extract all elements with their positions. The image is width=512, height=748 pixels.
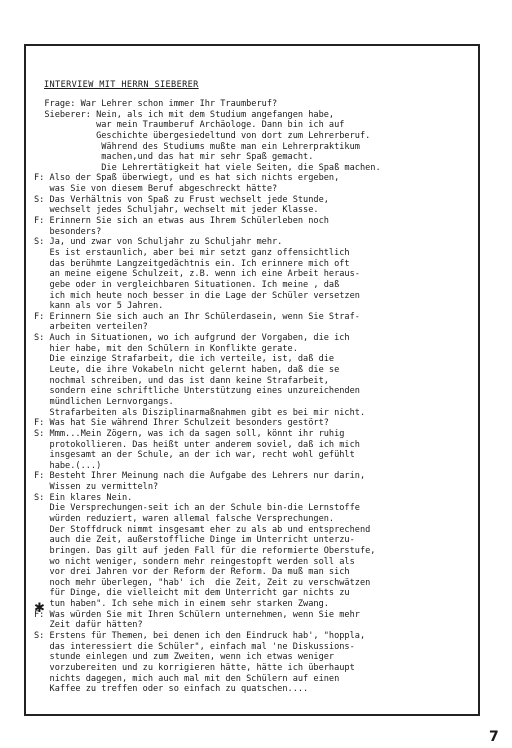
text-line: Kaffee zu treffen oder so einfach zu qua… <box>34 684 479 695</box>
text-line: Die Lehrertätigkeit hat viele Seiten, di… <box>34 163 479 174</box>
text-line: war mein Traumberuf Archäologe. Dann bin… <box>34 120 479 131</box>
text-line: hier habe, mit den Schülern in Konflikte… <box>34 344 479 355</box>
page-number: 7 <box>489 729 499 745</box>
text-line: stunde einlegen und zum Zweiten, wenn ic… <box>34 652 479 663</box>
text-line: S: Auch in Situationen, wo ich aufgrund … <box>34 333 479 344</box>
text-line: S: Mmm...Mein Zögern, was ich da sagen s… <box>34 429 479 440</box>
text-line: nichts dagegen, mich auch mal mit den Sc… <box>34 674 479 685</box>
text-line: protokollieren. Das heißt unter anderem … <box>34 440 479 451</box>
text-line: das berühmte Langzeitgedächtnis ein. Ich… <box>34 259 479 270</box>
text-line: F: Besteht Ihrer Meinung nach die Aufgab… <box>34 471 479 482</box>
text-line: wo nicht weniger, sondern mehr reingesto… <box>34 557 479 568</box>
text-line: Sieberer: Nein, als ich mit dem Studium … <box>34 110 479 121</box>
text-line: an meine eigene Schulzeit, z.B. wenn ich… <box>34 269 479 280</box>
text-line: S: Ja, und zwar von Schuljahr zu Schulja… <box>34 237 479 248</box>
text-line: das interessiert die Schüler", einfach m… <box>34 642 479 653</box>
text-line: Der Stoffdruck nimmt insgesamt eher zu a… <box>34 525 479 536</box>
text-line: Wissen zu vermitteln? <box>34 482 479 493</box>
text-line: wechselt jedes Schuljahr, wechselt mit j… <box>34 205 479 216</box>
text-line: vorzubereiten und zu korrigieren hätte, … <box>34 663 479 674</box>
text-line: insgesamt an der Schule, an der ich war,… <box>34 450 479 461</box>
text-line: sondern eine schriftliche Unterstützung … <box>34 386 479 397</box>
text-line: F: Erinnern Sie sich an etwas aus Ihrem … <box>34 216 479 227</box>
text-line: Es ist erstaunlich, aber bei mir setzt g… <box>34 248 479 259</box>
text-line: F: Erinnern Sie sich auch an Ihr Schüler… <box>34 312 479 323</box>
text-line: S: Erstens für Themen, bei denen ich den… <box>34 631 479 642</box>
text-line: gebe oder in vergleichbaren Situationen.… <box>34 280 479 291</box>
text-line: S: Das Verhältnis von Spaß zu Frust wech… <box>34 195 479 206</box>
text-line: noch mehr überlegen, "hab' ich die Zeit,… <box>34 578 479 589</box>
text-line: habe.(...) <box>34 461 479 472</box>
text-line: besonders? <box>34 227 479 238</box>
text-line: F: Was würden Sie mit Ihren Schülern unt… <box>34 610 479 621</box>
text-line: F: Was hat Sie während Ihrer Schulzeit b… <box>34 418 479 429</box>
text-line: arbeiten verteilen? <box>34 322 479 333</box>
text-line: kann als vor 5 Jahren. <box>34 301 479 312</box>
text-line: bringen. Das gilt auf jeden Fall für die… <box>34 546 479 557</box>
text-line: F: Also der Spaß überwiegt, und es hat s… <box>34 173 479 184</box>
text-line: Zeit dafür hätten? <box>34 620 479 631</box>
text-line: Leute, die ihre Vokabeln nicht gelernt h… <box>34 365 479 376</box>
text-line: Die einzige Strafarbeit, die ich verteil… <box>34 354 479 365</box>
text-line: Strafarbeiten als Disziplinarmaßnahmen g… <box>34 408 479 419</box>
text-line: S: Ein klares Nein. <box>34 493 479 504</box>
text-line: auch die Zeit, außerstoffliche Dinge im … <box>34 535 479 546</box>
interview-text: Frage: War Lehrer schon immer Ihr Traumb… <box>34 99 479 695</box>
text-line: ich mich heute noch besser in die Lage d… <box>34 291 479 302</box>
text-line: vor drei Jahren vor der Reform der Refor… <box>34 567 479 578</box>
interview-title: INTERVIEW MIT HERRN SIEBERER <box>44 80 199 90</box>
text-line: Frage: War Lehrer schon immer Ihr Traumb… <box>34 99 479 110</box>
text-line: würden reduziert, waren allemal falsche … <box>34 514 479 525</box>
text-line: für Dinge, die vielleicht mit dem Unterr… <box>34 588 479 599</box>
text-line: tun haben". Ich sehe mich in einem sehr … <box>34 599 479 610</box>
text-line: Die Versprechungen-seit ich an der Schul… <box>34 503 479 514</box>
text-line: was Sie von diesem Beruf abgeschreckt hä… <box>34 184 479 195</box>
text-line: nochmal schreiben, und das ist dann kein… <box>34 376 479 387</box>
asterisk-margin-mark-icon: ✱ <box>34 601 45 616</box>
text-line: machen,und das hat mir sehr Spaß gemacht… <box>34 152 479 163</box>
text-line: Während des Studiums mußte man ein Lehre… <box>34 142 479 153</box>
text-line: mündlichen Lernvorgangs. <box>34 397 479 408</box>
text-line: Geschichte übergesiedeltund von dort zum… <box>34 131 479 142</box>
